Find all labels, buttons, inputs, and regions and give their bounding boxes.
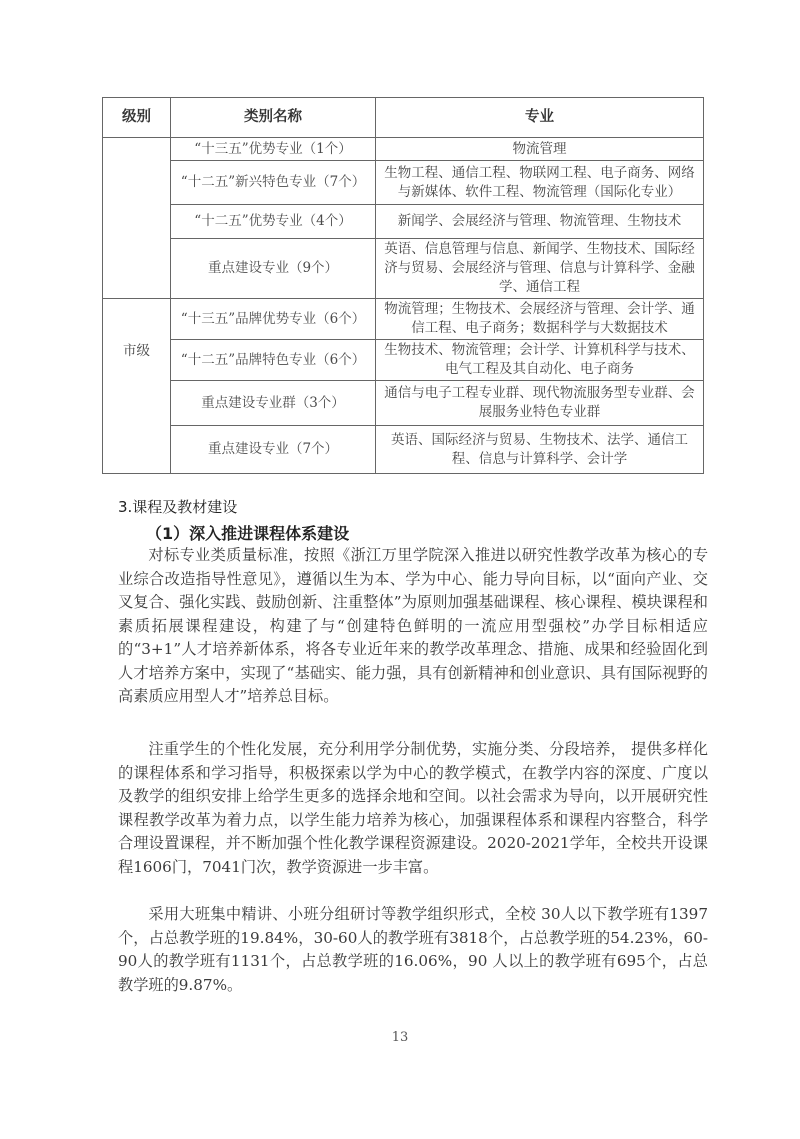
table-row: 重点建设专业（9个） 英语、信息管理与信息、新闻学、生物技术、国际经济与贸易、会…	[103, 239, 704, 299]
majors-cell: 物流管理	[376, 138, 704, 161]
table-row: 重点建设专业群（3个） 通信与电子工程专业群、现代物流服务型专业群、会展服务业特…	[103, 381, 704, 426]
majors-cell: 英语、信息管理与信息、新闻学、生物技术、国际经济与贸易、会展经济与管理、信息与计…	[376, 239, 704, 299]
table-row: “十二五”优势专业（4个） 新闻学、会展经济与管理、物流管理、生物技术	[103, 205, 704, 239]
header-majors: 专业	[376, 98, 704, 138]
category-cell: “十二五”新兴特色专业（7个）	[171, 161, 376, 205]
majors-cell: 生物技术、物流管理；会计学、计算机科学与技术、电气工程及其自动化、电子商务	[376, 340, 704, 381]
paragraph: 注重学生的个性化发展，充分利用学分制优势，实施分类、分段培养， 提供多样化的课程…	[118, 738, 708, 879]
category-cell: 重点建设专业（9个）	[171, 239, 376, 299]
level-cell: 市级	[103, 299, 171, 474]
table-row: “十二五”新兴特色专业（7个） 生物工程、通信工程、物联网工程、电子商务、网络与…	[103, 161, 704, 205]
category-cell: 重点建设专业群（3个）	[171, 381, 376, 426]
category-cell: “十二五”品牌特色专业（6个）	[171, 340, 376, 381]
majors-cell: 通信与电子工程专业群、现代物流服务型专业群、会展服务业特色专业群	[376, 381, 704, 426]
page-number: 13	[0, 1030, 800, 1045]
table-header-row: 级别 类别名称 专业	[103, 98, 704, 138]
paragraph: 对标专业类质量标准，按照《浙江万里学院深入推进以研究性教学改革为核心的专业综合改…	[118, 544, 708, 709]
paragraph: 采用大班集中精讲、小班分组研讨等教学组织形式，全校 30人以下教学班有1397个…	[118, 903, 708, 997]
table-row: 重点建设专业（7个） 英语、国际经济与贸易、生物技术、法学、通信工程、信息与计算…	[103, 426, 704, 474]
majors-cell: 物流管理；生物技术、会展经济与管理、会计学、通信工程、电子商务；数据科学与大数据…	[376, 299, 704, 340]
category-cell: “十三五”优势专业（1个）	[171, 138, 376, 161]
section-heading: 3.课程及教材建设	[118, 496, 237, 517]
table-row: “十三五”优势专业（1个） 物流管理	[103, 138, 704, 161]
level-cell	[103, 138, 171, 299]
table-row: 市级 “十三五”品牌优势专业（6个） 物流管理；生物技术、会展经济与管理、会计学…	[103, 299, 704, 340]
category-cell: 重点建设专业（7个）	[171, 426, 376, 474]
majors-cell: 英语、国际经济与贸易、生物技术、法学、通信工程、信息与计算科学、会计学	[376, 426, 704, 474]
majors-cell: 新闻学、会展经济与管理、物流管理、生物技术	[376, 205, 704, 239]
header-category: 类别名称	[171, 98, 376, 138]
table-row: “十二五”品牌特色专业（6个） 生物技术、物流管理；会计学、计算机科学与技术、电…	[103, 340, 704, 381]
category-cell: “十二五”优势专业（4个）	[171, 205, 376, 239]
subsection-heading: （1）深入推进课程体系建设	[146, 521, 349, 544]
category-cell: “十三五”品牌优势专业（6个）	[171, 299, 376, 340]
majors-table: 级别 类别名称 专业 “十三五”优势专业（1个） 物流管理 “十二五”新兴特色专…	[102, 97, 704, 474]
majors-cell: 生物工程、通信工程、物联网工程、电子商务、网络与新媒体、软件工程、物流管理（国际…	[376, 161, 704, 205]
header-level: 级别	[103, 98, 171, 138]
